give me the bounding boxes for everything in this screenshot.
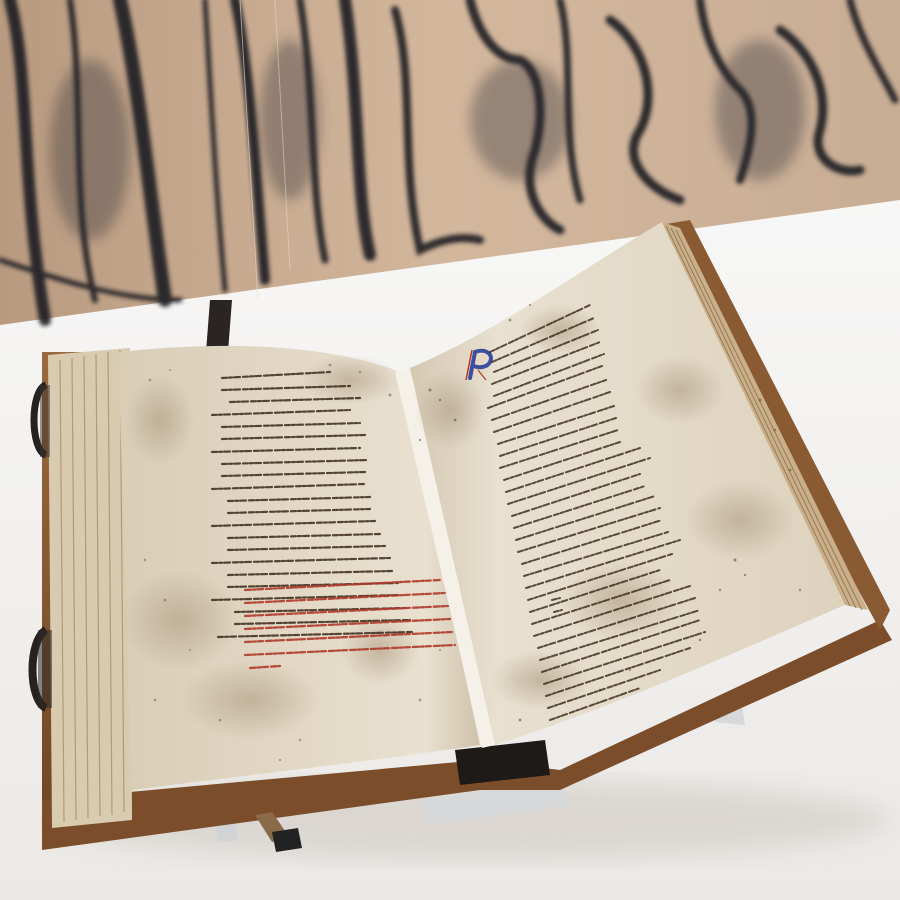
museum-photo — [0, 0, 900, 900]
left-page-stack — [48, 348, 132, 828]
photo-canvas — [0, 0, 900, 900]
top-clasp-strap — [206, 300, 232, 352]
